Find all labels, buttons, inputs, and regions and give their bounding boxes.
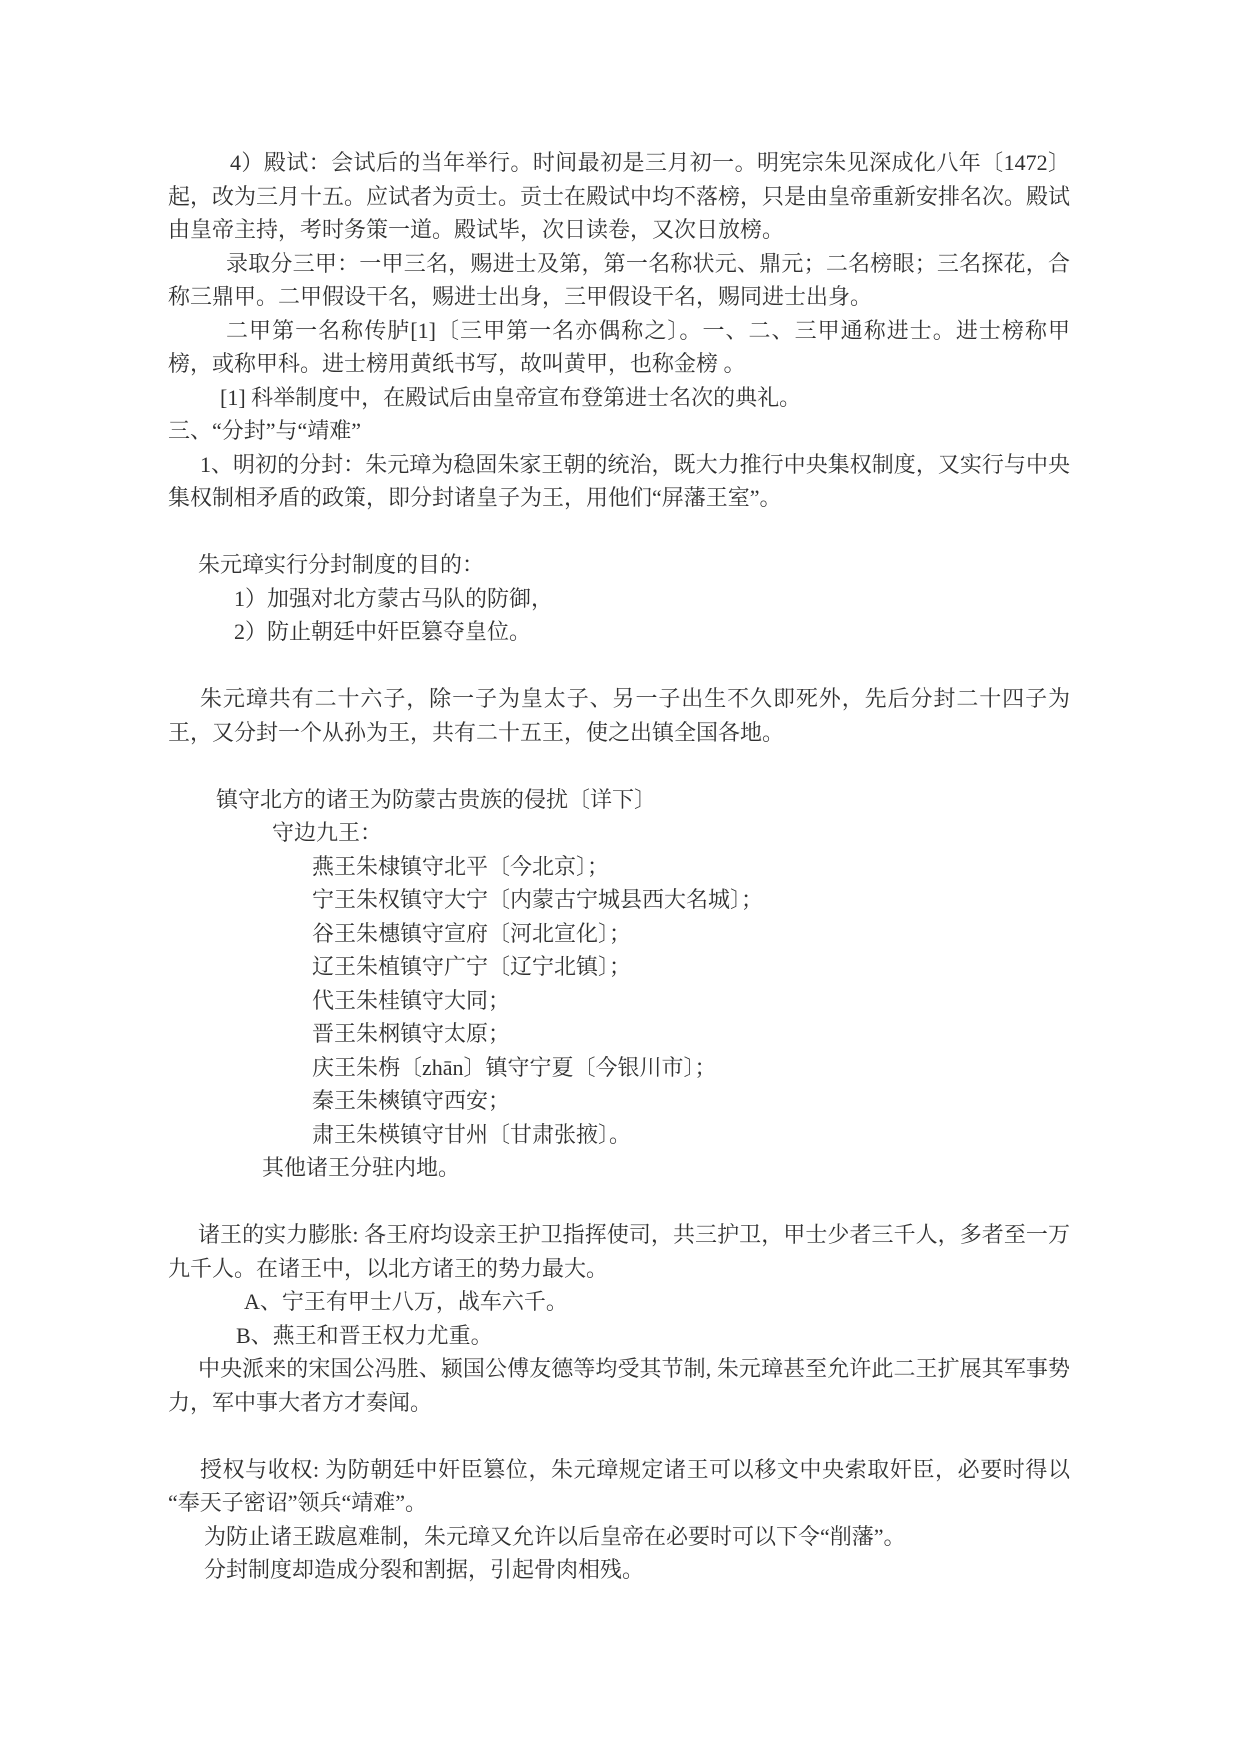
paragraph: 辽王朱植镇守广宁〔辽宁北镇〕； (168, 950, 1070, 984)
paragraph: 朱元璋实行分封制度的目的： (168, 548, 1070, 582)
paragraph: 朱元璋共有二十六子，除一子为皇太子、另一子出生不久即死外，先后分封二十四子为王，… (168, 682, 1070, 749)
paragraph: 镇守北方的诸王为防蒙古贵族的侵扰〔详下〕 (168, 783, 1070, 817)
blank-line (168, 1185, 1070, 1219)
paragraph: 肃王朱楧镇守甘州〔甘肃张掖〕。 (168, 1118, 1070, 1152)
paragraph: 宁王朱权镇守大宁〔内蒙古宁城县西大名城〕； (168, 883, 1070, 917)
paragraph: 1）加强对北方蒙古马队的防御， (168, 582, 1070, 616)
paragraph: 授权与收权: 为防朝廷中奸臣篡位，朱元璋规定诸王可以移文中央索取奸臣，必要时得以… (168, 1453, 1070, 1520)
paragraph: 4）殿试：会试后的当年举行。时间最初是三月初一。明宪宗朱见深成化八年〔1472〕… (168, 146, 1070, 247)
paragraph: 秦王朱樉镇守西安； (168, 1084, 1070, 1118)
paragraph: 二甲第一名称传胪[1]〔三甲第一名亦偶称之〕。一、二、三甲通称进士。进士榜称甲榜… (168, 314, 1070, 381)
document-body: 4）殿试：会试后的当年举行。时间最初是三月初一。明宪宗朱见深成化八年〔1472〕… (168, 146, 1070, 1587)
paragraph: 为防止诸王跋扈难制，朱元璋又允许以后皇帝在必要时可以下令“削藩”。 (168, 1520, 1070, 1554)
blank-line (168, 749, 1070, 783)
paragraph: 谷王朱橞镇守宣府〔河北宣化〕； (168, 917, 1070, 951)
paragraph: 2）防止朝廷中奸臣篡夺皇位。 (168, 615, 1070, 649)
document-page: 4）殿试：会试后的当年举行。时间最初是三月初一。明宪宗朱见深成化八年〔1472〕… (0, 0, 1241, 1754)
blank-line (168, 515, 1070, 549)
blank-line (168, 1419, 1070, 1453)
paragraph: 中央派来的宋国公冯胜、颍国公傅友德等均受其节制, 朱元璋甚至允许此二王扩展其军事… (168, 1352, 1070, 1419)
paragraph: 燕王朱棣镇守北平〔今北京〕； (168, 850, 1070, 884)
paragraph: B、燕王和晋王权力尤重。 (168, 1319, 1070, 1353)
paragraph: A、宁王有甲士八万，战车六千。 (168, 1285, 1070, 1319)
paragraph: 守边九王： (168, 816, 1070, 850)
paragraph: 1、明初的分封：朱元璋为稳固朱家王朝的统治，既大力推行中央集权制度，又实行与中央… (168, 448, 1070, 515)
paragraph: 三、“分封”与“靖难” (168, 414, 1070, 448)
paragraph: 晋王朱㭎镇守太原； (168, 1017, 1070, 1051)
paragraph: [1] 科举制度中，在殿试后由皇帝宣布登第进士名次的典礼。 (168, 381, 1070, 415)
paragraph: 诸王的实力膨胀: 各王府均设亲王护卫指挥使司，共三护卫，甲士少者三千人，多者至一… (168, 1218, 1070, 1285)
paragraph: 录取分三甲：一甲三名，赐进士及第，第一名称状元、鼎元；二名榜眼；三名探花，合称三… (168, 247, 1070, 314)
paragraph: 庆王朱栴〔zhān〕镇守宁夏〔今银川市〕； (168, 1051, 1070, 1085)
blank-line (168, 649, 1070, 683)
paragraph: 分封制度却造成分裂和割据，引起骨肉相残。 (168, 1553, 1070, 1587)
paragraph: 代王朱桂镇守大同； (168, 984, 1070, 1018)
paragraph: 其他诸王分驻内地。 (168, 1151, 1070, 1185)
